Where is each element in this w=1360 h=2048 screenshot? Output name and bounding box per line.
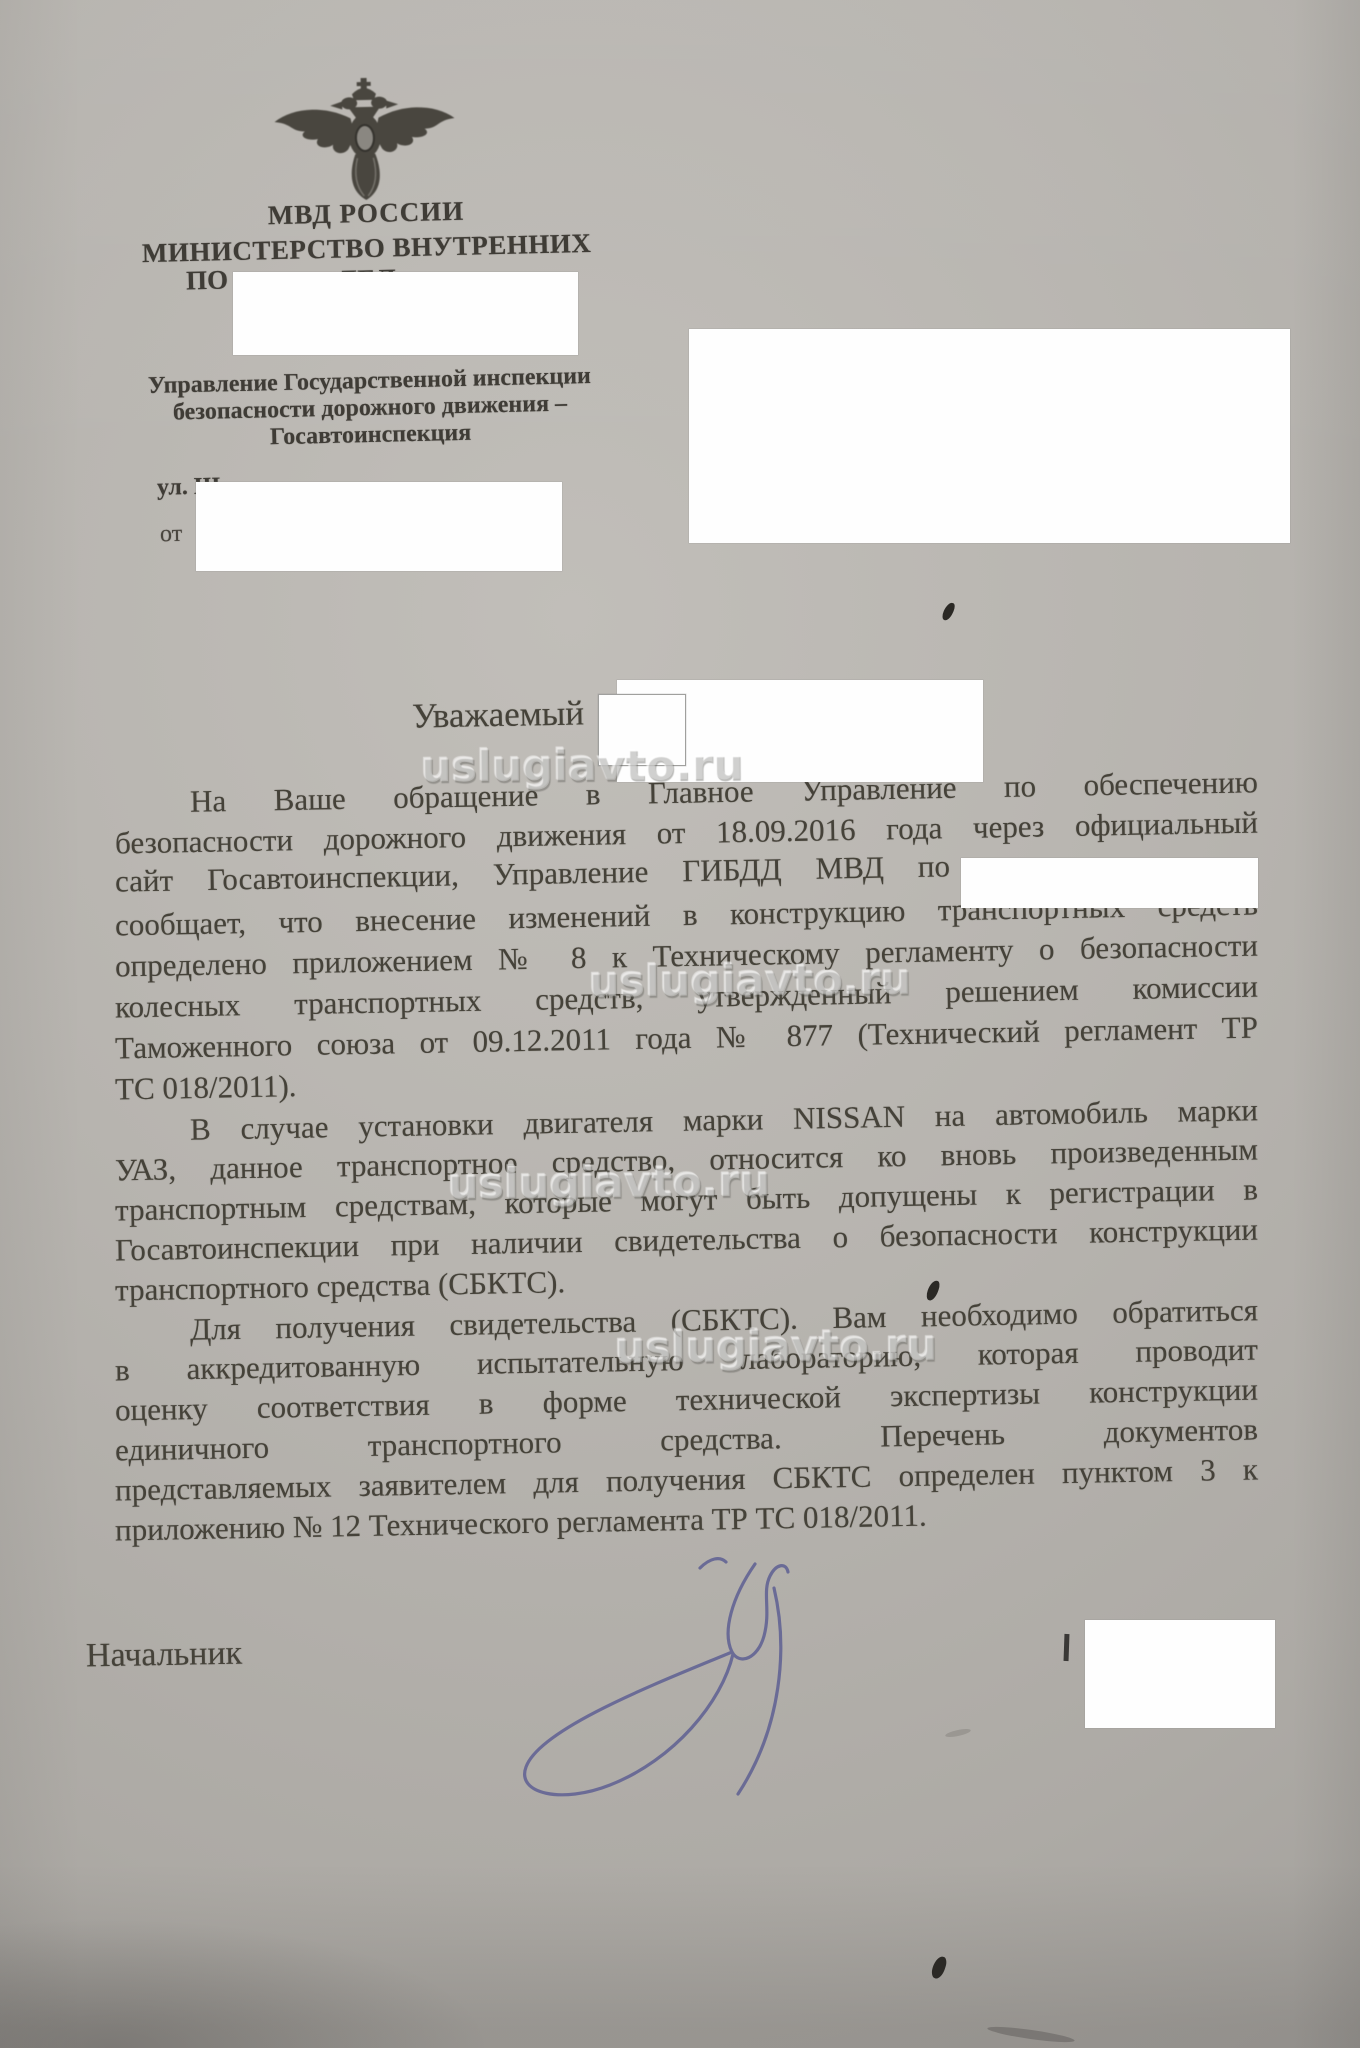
redaction-box-recipient-details [689,329,1290,543]
handwritten-signature-icon [470,1552,870,1822]
org-name: МВД РОССИИ [246,195,487,231]
ink-speck [941,601,957,622]
reference-date-prefix: от [160,521,183,548]
ink-speck [930,1955,949,1981]
redaction-box-region-name [233,272,578,355]
division-name: Управление Государственной инспекции без… [139,363,601,454]
faint-smudge [945,1727,972,1738]
faint-smudge [987,2024,1075,2045]
ministry-region-prefix: ПО [186,265,229,297]
mvd-emblem-icon [264,74,467,209]
site-watermark: uslugiavto.ru [448,1157,771,1210]
redaction-box-address [196,482,562,571]
scanned-letter-photo: { "header": { "emblem_icon": "mvd-double… [0,0,1360,2048]
salutation: Уважаемый [412,693,585,736]
site-watermark: uslugiavto.ru [589,955,912,1008]
redaction-box-region-inline [961,858,1258,908]
site-watermark: uslugiavto.ru [615,1321,938,1374]
redaction-box-signer-name [1085,1620,1275,1728]
partial-letter-mark [1064,1634,1070,1661]
site-watermark: uslugiavto.ru [421,740,744,793]
signer-title: Начальник [86,1635,243,1676]
